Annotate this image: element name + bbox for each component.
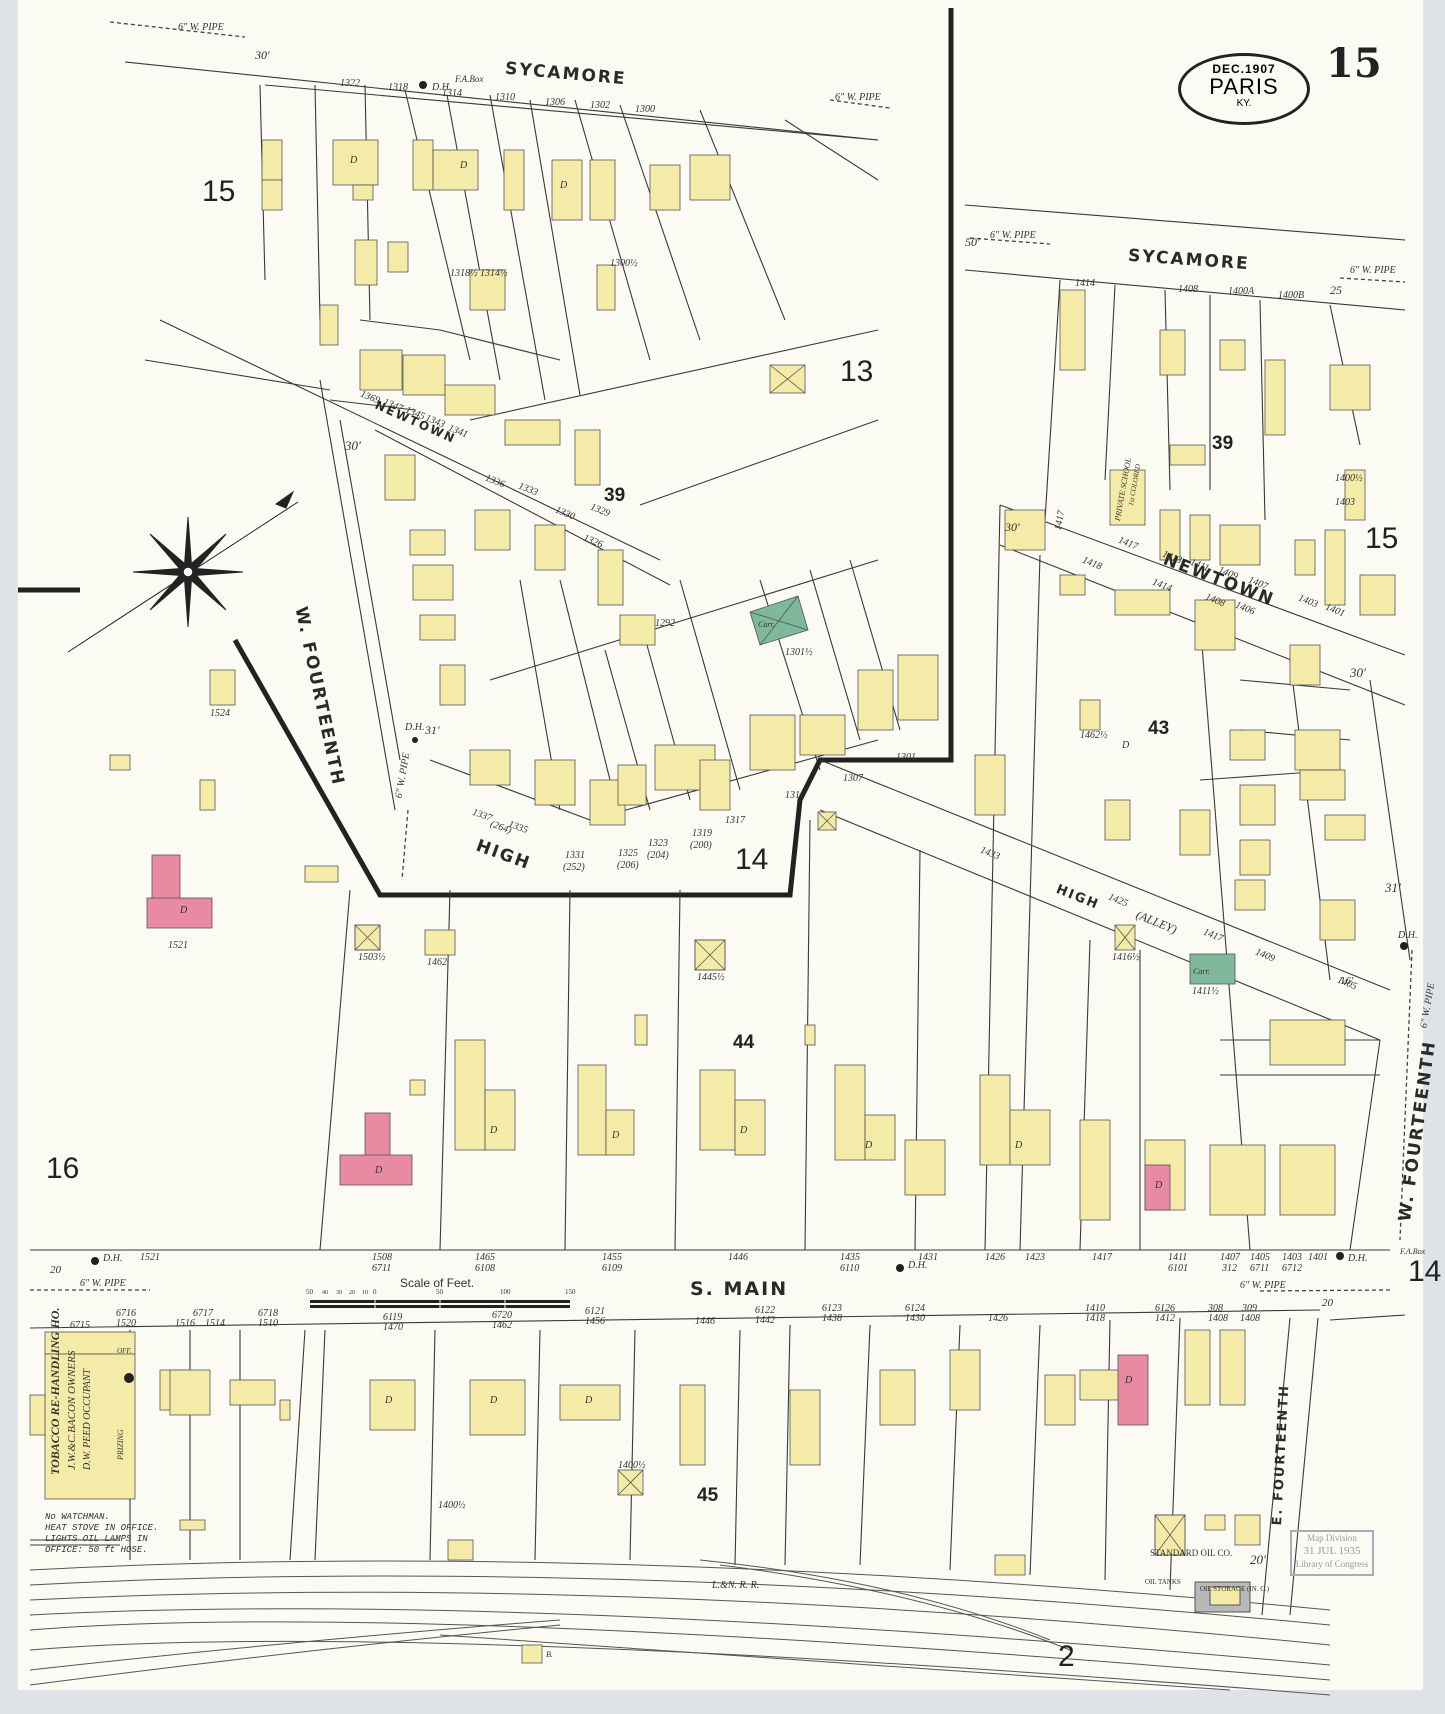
water-pipe-label: 6" W. PIPE [835,92,881,103]
oil-storage-label: OIL STORAGE (IN. C.) [1200,1585,1269,1593]
address: 1307 [843,773,863,784]
standard-oil-label: STANDARD OIL CO. [1150,1548,1232,1558]
address: 1456 [585,1316,605,1327]
street-width: 31' [1385,880,1401,896]
street-width: 30' [255,48,270,63]
title-state: KY. [1181,98,1307,109]
address: 1400½ [1335,473,1363,484]
address: 1302 [590,100,610,111]
dwelling-marker: D [490,1125,497,1136]
adjacent-sheet-16: 16 [46,1152,79,1186]
title-cartouche: DEC.1907 PARIS KY. [1178,53,1310,125]
address: 1408 [1240,1313,1260,1324]
address: 1318 [388,82,408,93]
block-number: 45 [697,1485,718,1507]
block-number: 39 [604,485,625,507]
carriage-label: Carr. [1193,967,1210,976]
dwelling-marker: D [350,155,357,166]
scale-bar [310,1300,570,1308]
address: 1403 [1335,497,1355,508]
adjacent-sheet-15-east: 15 [1365,522,1398,556]
street-width: 30' [345,438,361,454]
address: 1310 [495,92,515,103]
note-line: No WATCHMAN. [45,1512,158,1523]
dwelling-marker: D [1125,1375,1132,1386]
address: 1423 [1025,1252,1045,1263]
address: 1524 [210,708,230,719]
address: 1462½ [1080,730,1108,741]
tobacco-owner-label: J.W.&C.BACON OWNERS [66,1351,78,1470]
address: 1438 [822,1313,842,1324]
address: 1521 [168,940,188,951]
address: 1520 [116,1318,136,1329]
adjacent-sheet-15: 15 [202,175,235,209]
address: 1323 [648,838,668,849]
address: 1319 [692,828,712,839]
address: (204) [647,850,669,861]
address: 1300½ [610,258,638,269]
address: (206) [617,860,639,871]
page-number: 15 [1326,40,1382,87]
hydrant-label: D.H. [405,722,424,733]
office-label: OFF. [117,1347,131,1355]
dwelling-marker: D [490,1395,497,1406]
address: 1416½ [1112,952,1140,963]
address: 1516 [175,1318,195,1329]
address: 312 [1222,1263,1237,1274]
address: 1445½ [697,972,725,983]
dwelling-marker: D [865,1140,872,1151]
address: 1408 [1178,284,1198,295]
fire-alarm-box-label: F.A.Box [455,74,483,84]
dwelling-marker: D [612,1130,619,1141]
address: 6109 [602,1263,622,1274]
dwelling-marker: D [560,180,567,191]
note-line: HEAT STOVE IN OFFICE. [45,1523,158,1534]
address: 1426 [985,1252,1005,1263]
dwelling-marker: D [180,905,187,916]
address: 1401 [1308,1252,1328,1263]
address: 1311 [785,790,804,801]
address: 1435 [840,1252,860,1263]
address: 1407 [1220,1252,1240,1263]
street-width: 31' [425,723,440,738]
address: 1400½ [438,1500,466,1511]
stamp-line: Map Division [1292,1532,1372,1545]
address: 1301 [896,752,916,763]
carriage-label: Carr. [758,620,775,629]
street-width: 25 [1330,283,1342,298]
address: 1322 [340,78,360,89]
address: 1446 [695,1316,715,1327]
address: 1418 [1085,1313,1105,1324]
address: 1318½ [450,268,478,279]
water-pipe-label: 6" W. PIPE [80,1278,126,1289]
address: 1400A [1228,286,1254,297]
water-pipe-label: 6" W. PIPE [1350,265,1396,276]
dwelling-marker: D [1122,740,1129,751]
address: 1465 [475,1252,495,1263]
address: 1314½ [480,268,508,279]
address: 6711 [1250,1263,1269,1274]
address: 1411 [1168,1252,1187,1263]
scale-tick: 100 [500,1288,511,1296]
address: 1417 [1092,1252,1112,1263]
address: 1414 [1075,278,1095,289]
scale-tick: 0 [373,1288,377,1296]
adjacent-sheet-13: 13 [840,355,873,389]
address: 1301½ [785,647,813,658]
address: 1325 [618,848,638,859]
note-line: LIGHTS OIL LAMPS IN [45,1534,158,1545]
address: 1508 [372,1252,392,1263]
dwelling-marker: D [460,160,467,171]
scale-tick: 10 [362,1290,368,1296]
block-number: 44 [733,1032,754,1054]
scale-tick: 20 [349,1290,355,1296]
street-width: 50' [965,235,980,250]
address: 1430 [905,1313,925,1324]
address: 1403 [1282,1252,1302,1263]
water-pipe-label: 6" W. PIPE [990,230,1036,241]
dwelling-marker: D [1015,1140,1022,1151]
prizing-label: PRIZING [116,1429,125,1460]
adjacent-sheet-14: 14 [735,843,768,877]
hydrant-label: D.H. [1398,930,1417,941]
address: 1400B [1278,290,1304,301]
street-width: 20 [1322,1297,1333,1309]
address: 1503½ [358,952,386,963]
address: 6108 [475,1263,495,1274]
street-s-main: S. MAIN [690,1278,788,1300]
hydrant-label: D.H. [1348,1253,1367,1264]
address: 1292 [655,618,675,629]
address: 1408 [1208,1313,1228,1324]
address: 1431 [918,1252,938,1263]
address: 1455 [602,1252,622,1263]
street-width: 30' [1350,665,1366,681]
compass-rose-icon [68,492,298,652]
water-pipe-label: 6" W. PIPE [1240,1280,1286,1291]
address: 1514 [205,1318,225,1329]
dwelling-marker: D [1155,1180,1162,1191]
address: 1510 [258,1318,278,1329]
address: 1405 [1250,1252,1270,1263]
scale-tick: 30 [336,1290,342,1296]
title-city: PARIS [1181,76,1307,98]
fire-alarm-box-label: F.A.Box [1400,1247,1425,1256]
dwelling-marker: D [375,1165,382,1176]
adjacent-sheet-2: 2 [1058,1640,1075,1674]
stamp-line: Library of Congress [1292,1558,1372,1571]
address: 1521 [140,1252,160,1263]
dwelling-marker: D [585,1395,592,1406]
scale-tick: 50 [436,1288,443,1296]
address: 1426 [988,1313,1008,1324]
dwelling-marker: D [740,1125,747,1136]
scale-tick: 150 [565,1288,576,1296]
scale-tick: 40 [322,1290,328,1296]
street-width: 20' [1250,1552,1266,1568]
hydrant-label: D.H. [103,1253,122,1264]
railroad-label: L.&N. R. R. [712,1580,759,1591]
address: 6712 [1282,1263,1302,1274]
tobacco-occupant-label: D.W. PEED OCCUPANT [82,1369,93,1470]
address: (200) [690,840,712,851]
stamp-line: 31 JUL 1935 [1292,1545,1372,1558]
address: 1470 [383,1322,403,1333]
tobacco-note: No WATCHMAN. HEAT STOVE IN OFFICE. LIGHT… [45,1512,158,1556]
address: 1411½ [1192,986,1219,997]
address: 6110 [840,1263,859,1274]
barn-label: B. [546,1650,553,1659]
water-pipe-label: 6" W. PIPE [178,22,224,33]
note-line: OFFICE: 50 ft HOSE. [45,1545,158,1556]
address: 6711 [372,1263,391,1274]
address: 1412 [1155,1313,1175,1324]
adjacent-sheet-14-east: 14 [1408,1255,1441,1289]
address: 1331 [565,850,585,861]
block-number: 39 [1212,433,1233,455]
address: 6715 [70,1320,90,1331]
library-stamp: Map Division 31 JUL 1935 Library of Cong… [1290,1530,1374,1576]
block-number: 43 [1148,718,1169,740]
dwelling-marker: D [385,1395,392,1406]
address: 1306 [545,97,565,108]
oil-tanks-label: OIL TANKS [1145,1578,1181,1586]
tobacco-house-label: TOBACCO RE-HANDLING HO. [48,1308,63,1475]
address: 1300 [635,104,655,115]
street-width: 30' [1005,520,1020,535]
street-width: 20 [50,1264,61,1276]
address: 1446 [728,1252,748,1263]
address: 1462 [492,1320,512,1331]
address: 1317 [725,815,745,826]
scale-tick: 50 [306,1288,313,1296]
address: 1400½ [618,1460,646,1471]
address: 6101 [1168,1263,1188,1274]
address: 1314 [442,88,462,99]
address: (252) [563,862,585,873]
address: 1442 [755,1315,775,1326]
address: 1462 [427,957,447,968]
